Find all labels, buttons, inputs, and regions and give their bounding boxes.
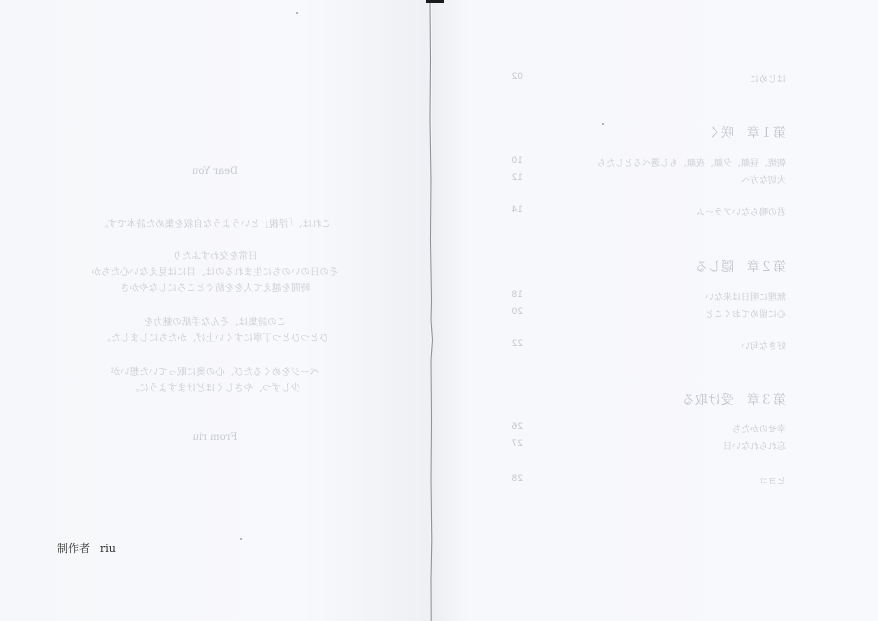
ghost-line: 少しずつ、やさしくほどけますように。 (40, 380, 390, 394)
credit-name: riu (100, 542, 116, 555)
dust-speck (240, 538, 242, 540)
toc-entry: はじめに02 (432, 72, 878, 86)
ghost-line: これは、「浮親」というような自叙を集めた詩本です。 (40, 216, 390, 230)
toc-entry: 好きな匂い22 (432, 339, 878, 353)
ghost-signoff: From riu (40, 432, 390, 443)
toc-entry: 忘れられない日27 (432, 439, 878, 453)
toc-entry: 心に留めておくこと20 (432, 307, 878, 321)
dust-speck (296, 12, 298, 14)
ghost-line: 日常を交わすふたり (40, 248, 390, 262)
left-page (0, 0, 430, 621)
ghost-line: ひとつひとつ丁寧にすくい上げ、かたちにしました。 (40, 330, 390, 344)
ghost-line: その日のいのちに生まれるのは、目には見えない心たちか (40, 264, 390, 278)
ghost-table-of-contents: はじめに02 第１章 咲く 朝焼、昼顔、夕顔、夜顔、もし選べるとしたら10 大切… (432, 0, 878, 621)
toc-entry: 幸せのかたち26 (432, 422, 878, 436)
toc-entry: 大切な方へ12 (432, 173, 878, 187)
ghost-line: ページをめくるたび、心の奥に眠っていた想いが (40, 364, 390, 378)
toc-entry: ヒヨコ28 (432, 474, 878, 488)
ghost-line: この詩集は、そんな手紙の魅力を (40, 314, 390, 328)
toc-entry: 君の鳴らないアラーム14 (432, 205, 878, 219)
toc-entry: 無理に明日は来ない18 (432, 290, 878, 304)
credit-label: 制作者 (57, 542, 90, 555)
toc-entry: 朝焼、昼顔、夕顔、夜顔、もし選べるとしたら10 (432, 156, 878, 170)
credit-line: 制作者riu (57, 540, 116, 556)
ghost-line: 時間を越えて人をを紡ぐところにしなやかさ (40, 280, 390, 294)
ghost-salutation: Dear You (40, 166, 390, 177)
